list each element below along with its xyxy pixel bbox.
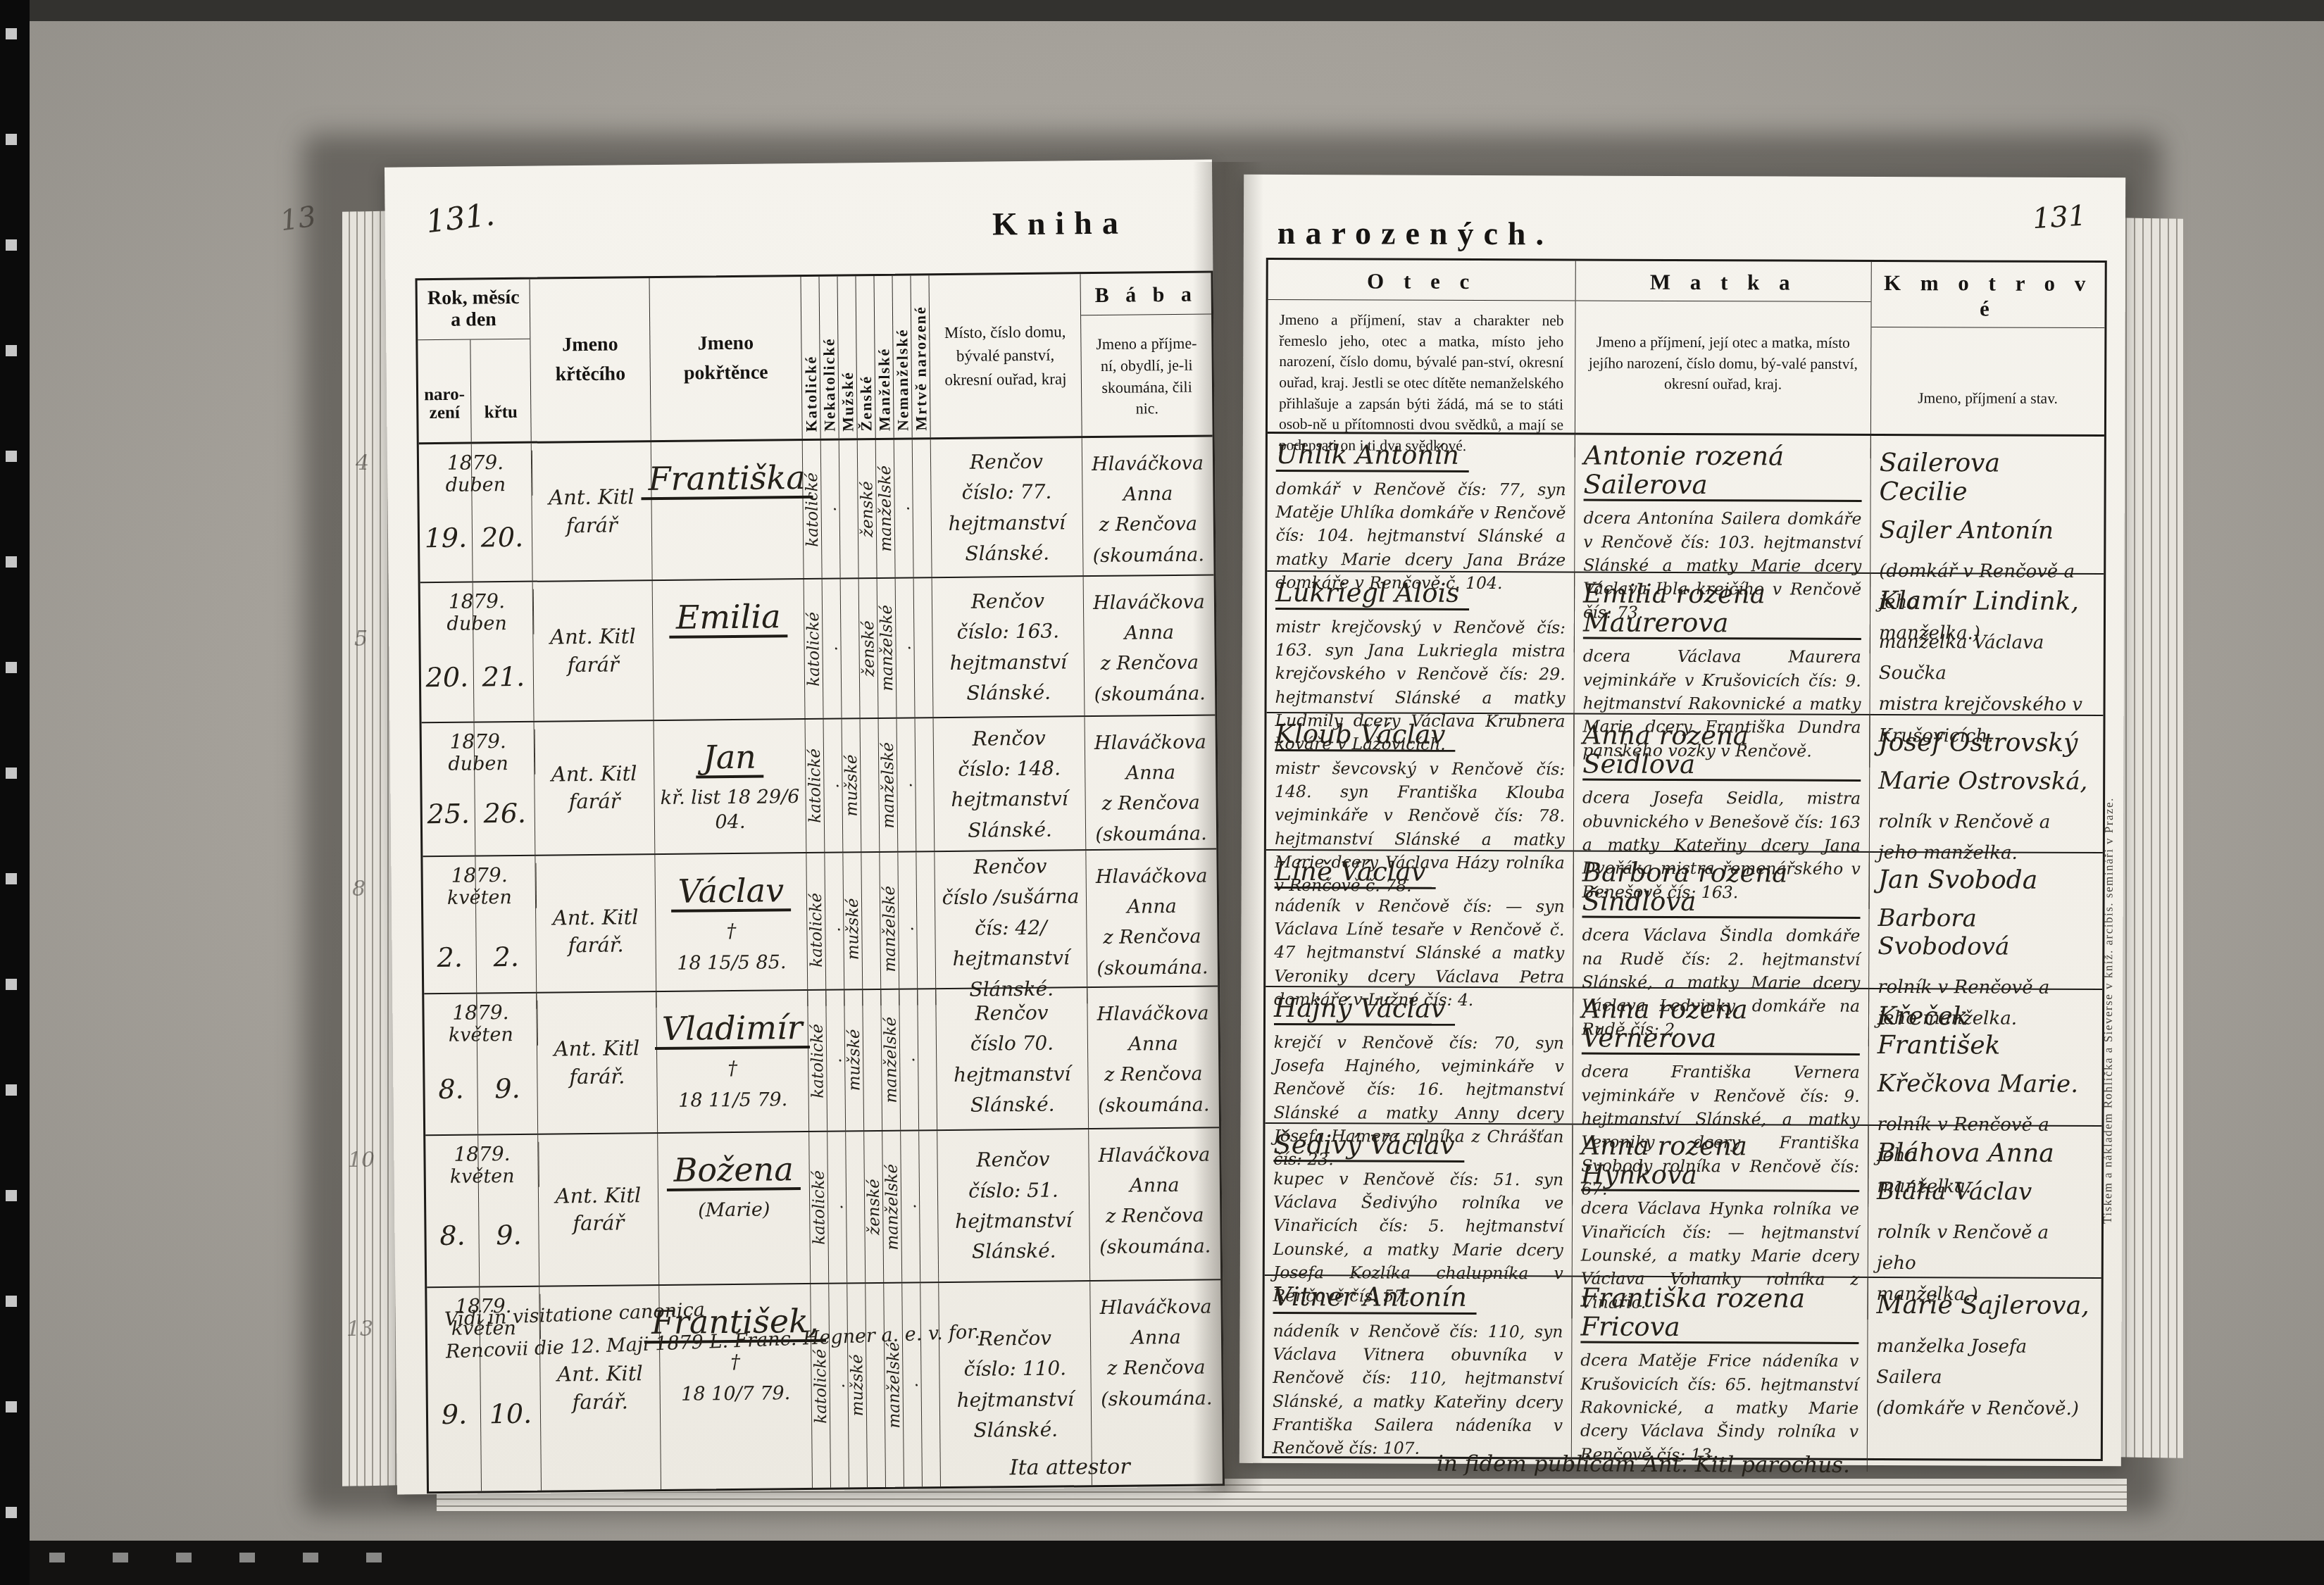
row-legitimate-mark: manželské (882, 1132, 902, 1282)
row-baptism-day: 2. (475, 856, 537, 1010)
row-place: Renčov číslo: 148. hejtmanství Slánské. (934, 717, 1087, 851)
photo-top-band (0, 0, 2324, 21)
row-illegitimate-mark: . (898, 852, 918, 1005)
header-catholic: Katolické (801, 277, 820, 439)
header-midwife-title: B á b a (1094, 273, 1197, 315)
row-baptizer: Ant. Kitlfarář (538, 1134, 659, 1286)
mother-name: Františka rozena Fricova (1580, 1284, 1858, 1345)
father-name: Vitner Antonín (1273, 1283, 1477, 1315)
row-legitimate-mark: manželské (880, 853, 899, 1005)
right-register-row: Vitner Antonín nádeník v Renčově čís: 11… (1264, 1276, 2101, 1459)
row-born-day: 2. (423, 856, 477, 1010)
row-mother: Františka rozena Fricova dcera Matěje Fr… (1572, 1277, 1868, 1472)
header-female: Ženské (856, 276, 875, 438)
header-godparents: K m o t r o v é Jmeno, příjmení a stav. (1871, 262, 2105, 459)
row-male-mark (841, 579, 861, 718)
printer-imprint: Tiskem a nákladem Rohlíčka a Sieverse v … (2099, 797, 2116, 1572)
row-female-mark (861, 853, 881, 1005)
row-child-name: Františka (651, 441, 804, 580)
father-name: Hajný Václav (1274, 994, 1455, 1026)
father-name: Šedivý Václav (1273, 1131, 1464, 1163)
row-male-mark: mužské (843, 853, 863, 1005)
row-born-day: 8. (425, 1135, 480, 1286)
in-fidem-signature: in fidem publicam Ant. Kitl parochus. (1437, 1451, 1850, 1478)
row-noncatholic-mark: . (825, 853, 844, 1005)
left-table-header: Rok, měsíc a den naro-zení křtu Jmenokřt… (418, 272, 1213, 444)
row-stillborn-mark (914, 578, 934, 717)
row-stillborn-mark (918, 989, 937, 1129)
header-father: O t e c Jmeno a příjmení, stav a charakt… (1268, 260, 1576, 457)
prev-page-row-number: 13 (346, 1317, 373, 1341)
father-name: Kloub Václav (1275, 720, 1455, 752)
header-non-catholic: Nekatolické (819, 277, 839, 439)
row-child-name: Vladimír † 18 11/5 79. (656, 991, 809, 1132)
row-place: Renčov číslo: 51. hejtmanství Slánské. (937, 1129, 1090, 1282)
mother-name: Emilia rozena Maurerova (1583, 580, 1861, 641)
row-noncatholic-mark: . (821, 441, 841, 578)
mother-details: dcera Matěje Frice nádeníka v Krušovicíc… (1580, 1349, 1859, 1467)
film-bottom-ticks (49, 1553, 401, 1562)
row-catholic-mark: katolické (803, 441, 823, 578)
left-register-row: 1879. květen 2. 2. Ant. Kitlfarář. Václa… (423, 849, 1218, 994)
row-baptizer: Ant. Kitlfarář (533, 581, 654, 721)
right-page-number: 131 (2031, 199, 2087, 235)
row-catholic-mark: katolické (804, 580, 824, 718)
scanned-register-photo: { "page": { "title_left": "Kniha", "titl… (0, 0, 2324, 1585)
row-female-mark: ženské (864, 1132, 884, 1282)
row-stillborn-mark (916, 718, 935, 851)
row-stillborn-mark (919, 1131, 939, 1282)
row-noncatholic-mark: . (823, 579, 842, 718)
row-noncatholic-mark: . (824, 719, 844, 852)
stacked-page-edges-right (2118, 218, 2183, 1458)
right-table-header: O t e c Jmeno a příjmení, stav a charakt… (1268, 260, 2105, 437)
row-catholic-mark: katolické (809, 1132, 829, 1283)
right-register-row: Líně Václav nádeník v Renčově čís: — syn… (1266, 851, 2103, 990)
right-register-row: Šedivý Václav kupec v Renčově čís: 51. s… (1265, 1124, 2102, 1279)
row-illegitimate-mark: . (894, 440, 914, 577)
header-father-title: O t e c (1268, 260, 1575, 301)
row-child-name: Božena (Marie) (658, 1132, 811, 1284)
header-baptized: křtu (470, 339, 530, 442)
row-place: Renčov číslo: 77. hejtmanství Slánské. (931, 438, 1084, 577)
right-table-rows: Uhlík Antonín domkář v Renčově čís: 77, … (1264, 434, 2104, 1459)
row-baptism-day: 26. (475, 722, 536, 856)
row-illegitimate-mark: . (897, 718, 917, 851)
row-male-mark (846, 1132, 866, 1282)
row-baptism-day: 9. (478, 1135, 539, 1286)
header-born: naro-zení (418, 340, 471, 443)
left-register-row: 1879. květen 8. 9. Ant. Kitlfarář Božena… (425, 1128, 1220, 1288)
left-page-number: 131. (424, 196, 496, 240)
mother-name: Anna rozena Seidlova (1582, 722, 1861, 782)
row-baptism-day: 9. (477, 994, 538, 1134)
row-legitimate-mark: manželské (876, 440, 896, 577)
row-female-mark (863, 990, 882, 1130)
left-register-row: 1879. květen 8. 9. Ant. Kitlfarář. Vladi… (424, 986, 1219, 1136)
prev-page-row-number: 5 (354, 627, 368, 651)
row-baptism-day: 20. (472, 444, 533, 582)
header-year-month-day: Rok, měsíc a den (418, 280, 530, 341)
header-mother-desc: Jmeno a příjmení, její otec a matka, mís… (1575, 301, 1870, 395)
row-child-name: Emilia (653, 580, 806, 720)
birth-register-right-table: O t e c Jmeno a příjmení, stav a charakt… (1262, 258, 2107, 1461)
row-illegitimate-mark: . (901, 1131, 920, 1282)
right-register-row: Kloub Václav mistr ševcovský v Renčově č… (1266, 713, 2104, 853)
header-stillborn: Mrtvě narozené (911, 275, 930, 437)
row-legitimate-mark: manželské (879, 719, 899, 852)
book-title-left: Kniha (992, 204, 1128, 243)
header-baptizer-name: Jmenokřtěcího (530, 278, 651, 441)
header-date-group: Rok, měsíc a den naro-zení křtu (418, 280, 532, 443)
row-baptizer: Ant. Kitlfarář (532, 442, 653, 581)
header-baptized-name: Jmenopokřtěnce (650, 277, 803, 440)
row-born-day: 20. (420, 583, 475, 722)
row-illegitimate-mark: . (899, 989, 919, 1129)
mother-name: Anna rozena Vernerova (1582, 996, 1860, 1056)
header-illegitimate: Nemanželské (892, 276, 912, 438)
row-child-name: Václav † 18 15/5 85. (655, 853, 808, 1008)
prev-page-row-number: 4 (356, 451, 369, 475)
row-legitimate-mark: manželské (877, 579, 897, 718)
row-baptism-day: 21. (473, 582, 535, 722)
father-name: Lukriegl Alois (1275, 579, 1469, 610)
father-name: Uhlík Antonín (1276, 441, 1469, 472)
header-mother: M a t k a Jmeno a příjmení, její otec a … (1575, 261, 1872, 458)
left-register-row: 1879. duben 25. 26. Ant. Kitlfarář Jan k… (422, 715, 1217, 857)
header-legitimate: Manželské (874, 276, 894, 438)
mother-name: Anna rozena Hynkova (1581, 1132, 1859, 1193)
mother-name: Antonie rozená Sailerova (1584, 442, 1862, 503)
header-mother-title: M a t k a (1576, 261, 1871, 301)
prev-page-row-number: 10 (348, 1148, 375, 1172)
father-details: nádeník v Renčově čís: 110, syn Václava … (1273, 1320, 1563, 1462)
row-baptizer: Ant. Kitlfarář (535, 721, 656, 855)
row-place: Renčov číslo: 163. hejtmanství Slánské. (932, 577, 1085, 717)
row-stillborn-mark (916, 852, 936, 1005)
row-place: Renčov číslo 70. hejtmanství Slánské. (936, 988, 1089, 1129)
right-register-row: Uhlík Antonín domkář v Renčově čís: 77, … (1267, 434, 2104, 575)
row-child-name: Jan kř. list 18 29/6 04. (654, 720, 807, 854)
book-title-right: narozených. (1277, 214, 1554, 252)
row-illegitimate-mark: . (896, 578, 916, 717)
row-father: Vitner Antonín nádeník v Renčově čís: 11… (1264, 1276, 1573, 1471)
row-born-day: 19. (419, 444, 473, 582)
row-godparents: Marie Sajlerova, manželka Josefa Sailera… (1868, 1278, 2101, 1472)
film-edge-strip (0, 0, 30, 1585)
row-noncatholic-mark: . (827, 1132, 847, 1282)
row-noncatholic-mark: . (826, 990, 846, 1130)
book-gutter-shadow (1193, 162, 1263, 1493)
right-register-row: Hajný Václav krejčí v Renčově čís: 70, s… (1265, 987, 2102, 1127)
right-register-row: Lukriegl Alois mistr krejčovský v Renčov… (1267, 572, 2104, 716)
row-baptizer: Ant. Kitlfarář. (535, 855, 656, 1009)
row-male-mark: mužské (842, 719, 862, 852)
row-catholic-mark: katolické (806, 720, 825, 853)
row-catholic-mark: katolické (806, 853, 826, 1006)
header-place: Místo, číslo domu, bývalé panství, okres… (929, 274, 1082, 437)
row-female-mark: ženské (858, 440, 877, 577)
row-legitimate-mark: manželské (881, 990, 901, 1130)
underlying-page-number-fragment: 13 (278, 201, 318, 238)
row-born-day: 25. (422, 722, 476, 856)
register-left-page: 131. Kniha Rok, měsíc a den naro-zení kř… (385, 159, 1225, 1494)
row-catholic-mark: katolické (808, 991, 827, 1131)
row-female-mark: ženské (859, 579, 879, 718)
row-baptizer: Ant. Kitlfarář. (537, 992, 658, 1134)
film-edge-ticks (6, 28, 17, 1556)
ita-attestor-note: Ita attestor (1010, 1455, 1130, 1481)
prev-page-row-number: 8 (352, 877, 366, 901)
row-male-mark: mužské (844, 990, 864, 1130)
header-male: Mužské (837, 276, 857, 438)
row-female-mark (861, 719, 880, 852)
left-register-row: 1879. duben 19. 20. Ant. Kitlfarář Frant… (419, 437, 1214, 583)
register-right-page: 131 narozených. O t e c Jmeno a příjmení… (1239, 175, 2125, 1466)
header-godparents-desc: Jmeno, příjmení a stav. (1871, 327, 2104, 410)
header-godparents-title: K m o t r o v é (1871, 262, 2104, 327)
father-name: Líně Václav (1275, 858, 1436, 889)
left-register-row: 1879. duben 20. 21. Ant. Kitlfarář Emili… (420, 575, 1216, 723)
row-place: Renčov číslo /sušárna čís: 42/ hejtmanst… (935, 851, 1087, 1005)
row-stillborn-mark (913, 439, 932, 577)
row-born-day: 8. (424, 994, 478, 1134)
photo-bottom-band (0, 1541, 2324, 1585)
mother-name: Barbora rozena Šindlova (1582, 859, 1861, 920)
row-male-mark (839, 440, 859, 577)
